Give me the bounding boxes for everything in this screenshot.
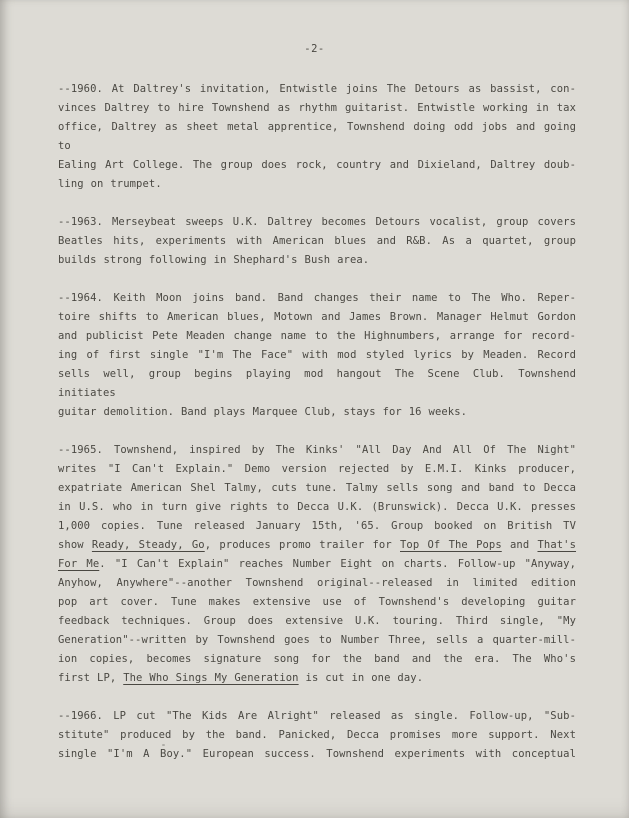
text-line: in U.S. who in turn give rights to Decca… [58,498,576,517]
text-line: first LP, The Who Sings My Generation is… [58,669,576,688]
paragraph-1960: --1960. At Daltrey's invitation, Entwist… [58,80,576,194]
text-line: stitute" produced by the band. Panicked,… [58,726,576,745]
text-segment: --1960. At Daltrey's invitation, Entwist… [58,83,576,95]
text-line: writes "I Can't Explain." Demo version r… [58,460,576,479]
text-segment: Anyhow, Anywhere"--another Townshend ori… [58,577,576,589]
text-segment: Ealing Art College. The group does rock,… [58,159,576,171]
text-segment: show [58,539,92,551]
text-line: and publicist Pete Meaden change name to… [58,327,576,346]
text-line: Anyhow, Anywhere"--another Townshend ori… [58,574,576,593]
text-segment: guitar demolition. Band plays Marquee Cl… [58,406,467,418]
text-segment: Beatles hits, experiments with American … [58,235,576,247]
text-segment: expatriate American Shel Talmy, cuts tun… [58,482,576,494]
text-line: pop art cover. Tune makes extensive use … [58,593,576,612]
text-segment: stitute" produced by the band. Panicked,… [58,729,576,741]
document-page: -2- --1960. At Daltrey's invitation, Ent… [0,0,629,818]
text-segment: --1963. Merseybeat sweeps U.K. Daltrey b… [58,216,576,228]
text-line: Beatles hits, experiments with American … [58,232,576,251]
text-segment: first LP, [58,672,123,684]
paragraph-1964: --1964. Keith Moon joins band. Band chan… [58,289,576,422]
text-segment: writes "I Can't Explain." Demo version r… [58,463,576,475]
text-segment: builds strong following in Shephard's Bu… [58,254,369,266]
text-segment: , produces promo trailer for [205,539,400,551]
text-line: expatriate American Shel Talmy, cuts tun… [58,479,576,498]
text-segment: --1966. LP cut "The Kids Are Alright" re… [58,710,576,722]
text-line: Generation"--written by Townshend goes t… [58,631,576,650]
underlined-title: The Who Sings My Generation [123,672,298,684]
text-line: ion copies, becomes signature song for t… [58,650,576,669]
text-line: builds strong following in Shephard's Bu… [58,251,576,270]
text-segment: vinces Daltrey to hire Townshend as rhyt… [58,102,576,114]
text-segment: and publicist Pete Meaden change name to… [58,330,576,342]
text-segment: single "I'm A Boy." European success. To… [58,748,576,760]
text-line: single "I'm A Boy." European success. To… [58,745,576,764]
text-segment: --1964. Keith Moon joins band. Band chan… [58,292,576,304]
text-line: guitar demolition. Band plays Marquee Cl… [58,403,576,422]
text-line: feedback techniques. Group does extensiv… [58,612,576,631]
text-line: --1963. Merseybeat sweeps U.K. Daltrey b… [58,213,576,232]
paragraph-1963: --1963. Merseybeat sweeps U.K. Daltrey b… [58,213,576,270]
text-line: For Me. "I Can't Explain" reaches Number… [58,555,576,574]
text-line: --1960. At Daltrey's invitation, Entwist… [58,80,576,99]
text-line: 1,000 copies. Tune released January 15th… [58,517,576,536]
paper-speck [162,744,165,746]
text-segment: sells well, group begins playing mod han… [58,368,576,399]
text-line: ling on trumpet. [58,175,576,194]
paragraph-1965: --1965. Townshend, inspired by The Kinks… [58,441,576,688]
text-line: office, Daltrey as sheet metal apprentic… [58,118,576,156]
text-line: show Ready, Steady, Go, produces promo t… [58,536,576,555]
text-segment: office, Daltrey as sheet metal apprentic… [58,121,576,152]
text-segment: 1,000 copies. Tune released January 15th… [58,520,576,532]
text-segment: feedback techniques. Group does extensiv… [58,615,576,627]
text-segment: Generation"--written by Townshend goes t… [58,634,576,646]
text-line: --1965. Townshend, inspired by The Kinks… [58,441,576,460]
text-line: --1966. LP cut "The Kids Are Alright" re… [58,707,576,726]
underlined-title: Top Of The Pops [400,539,502,551]
paragraph-1966: --1966. LP cut "The Kids Are Alright" re… [58,707,576,764]
text-segment: is cut in one day. [299,672,424,684]
underlined-title: Ready, Steady, Go [92,539,205,551]
text-segment: toire shifts to American blues, Motown a… [58,311,576,323]
text-line: Ealing Art College. The group does rock,… [58,156,576,175]
text-segment: ling on trumpet. [58,178,162,190]
text-segment: --1965. Townshend, inspired by The Kinks… [58,444,576,456]
text-line: sells well, group begins playing mod han… [58,365,576,403]
text-segment: ing of first single "I'm The Face" with … [58,349,576,361]
text-line: --1964. Keith Moon joins band. Band chan… [58,289,576,308]
underlined-title: That's [537,539,576,551]
text-segment: pop art cover. Tune makes extensive use … [58,596,576,608]
text-segment: and [502,539,538,551]
document-body: --1960. At Daltrey's invitation, Entwist… [58,80,576,783]
page-number: -2- [0,40,629,59]
text-segment: . "I Can't Explain" reaches Number Eight… [99,558,576,570]
paper-speck [88,524,90,526]
text-segment: ion copies, becomes signature song for t… [58,653,576,665]
text-line: vinces Daltrey to hire Townshend as rhyt… [58,99,576,118]
text-line: toire shifts to American blues, Motown a… [58,308,576,327]
text-line: ing of first single "I'm The Face" with … [58,346,576,365]
text-segment: in U.S. who in turn give rights to Decca… [58,501,576,513]
underlined-title: For Me [58,558,99,570]
